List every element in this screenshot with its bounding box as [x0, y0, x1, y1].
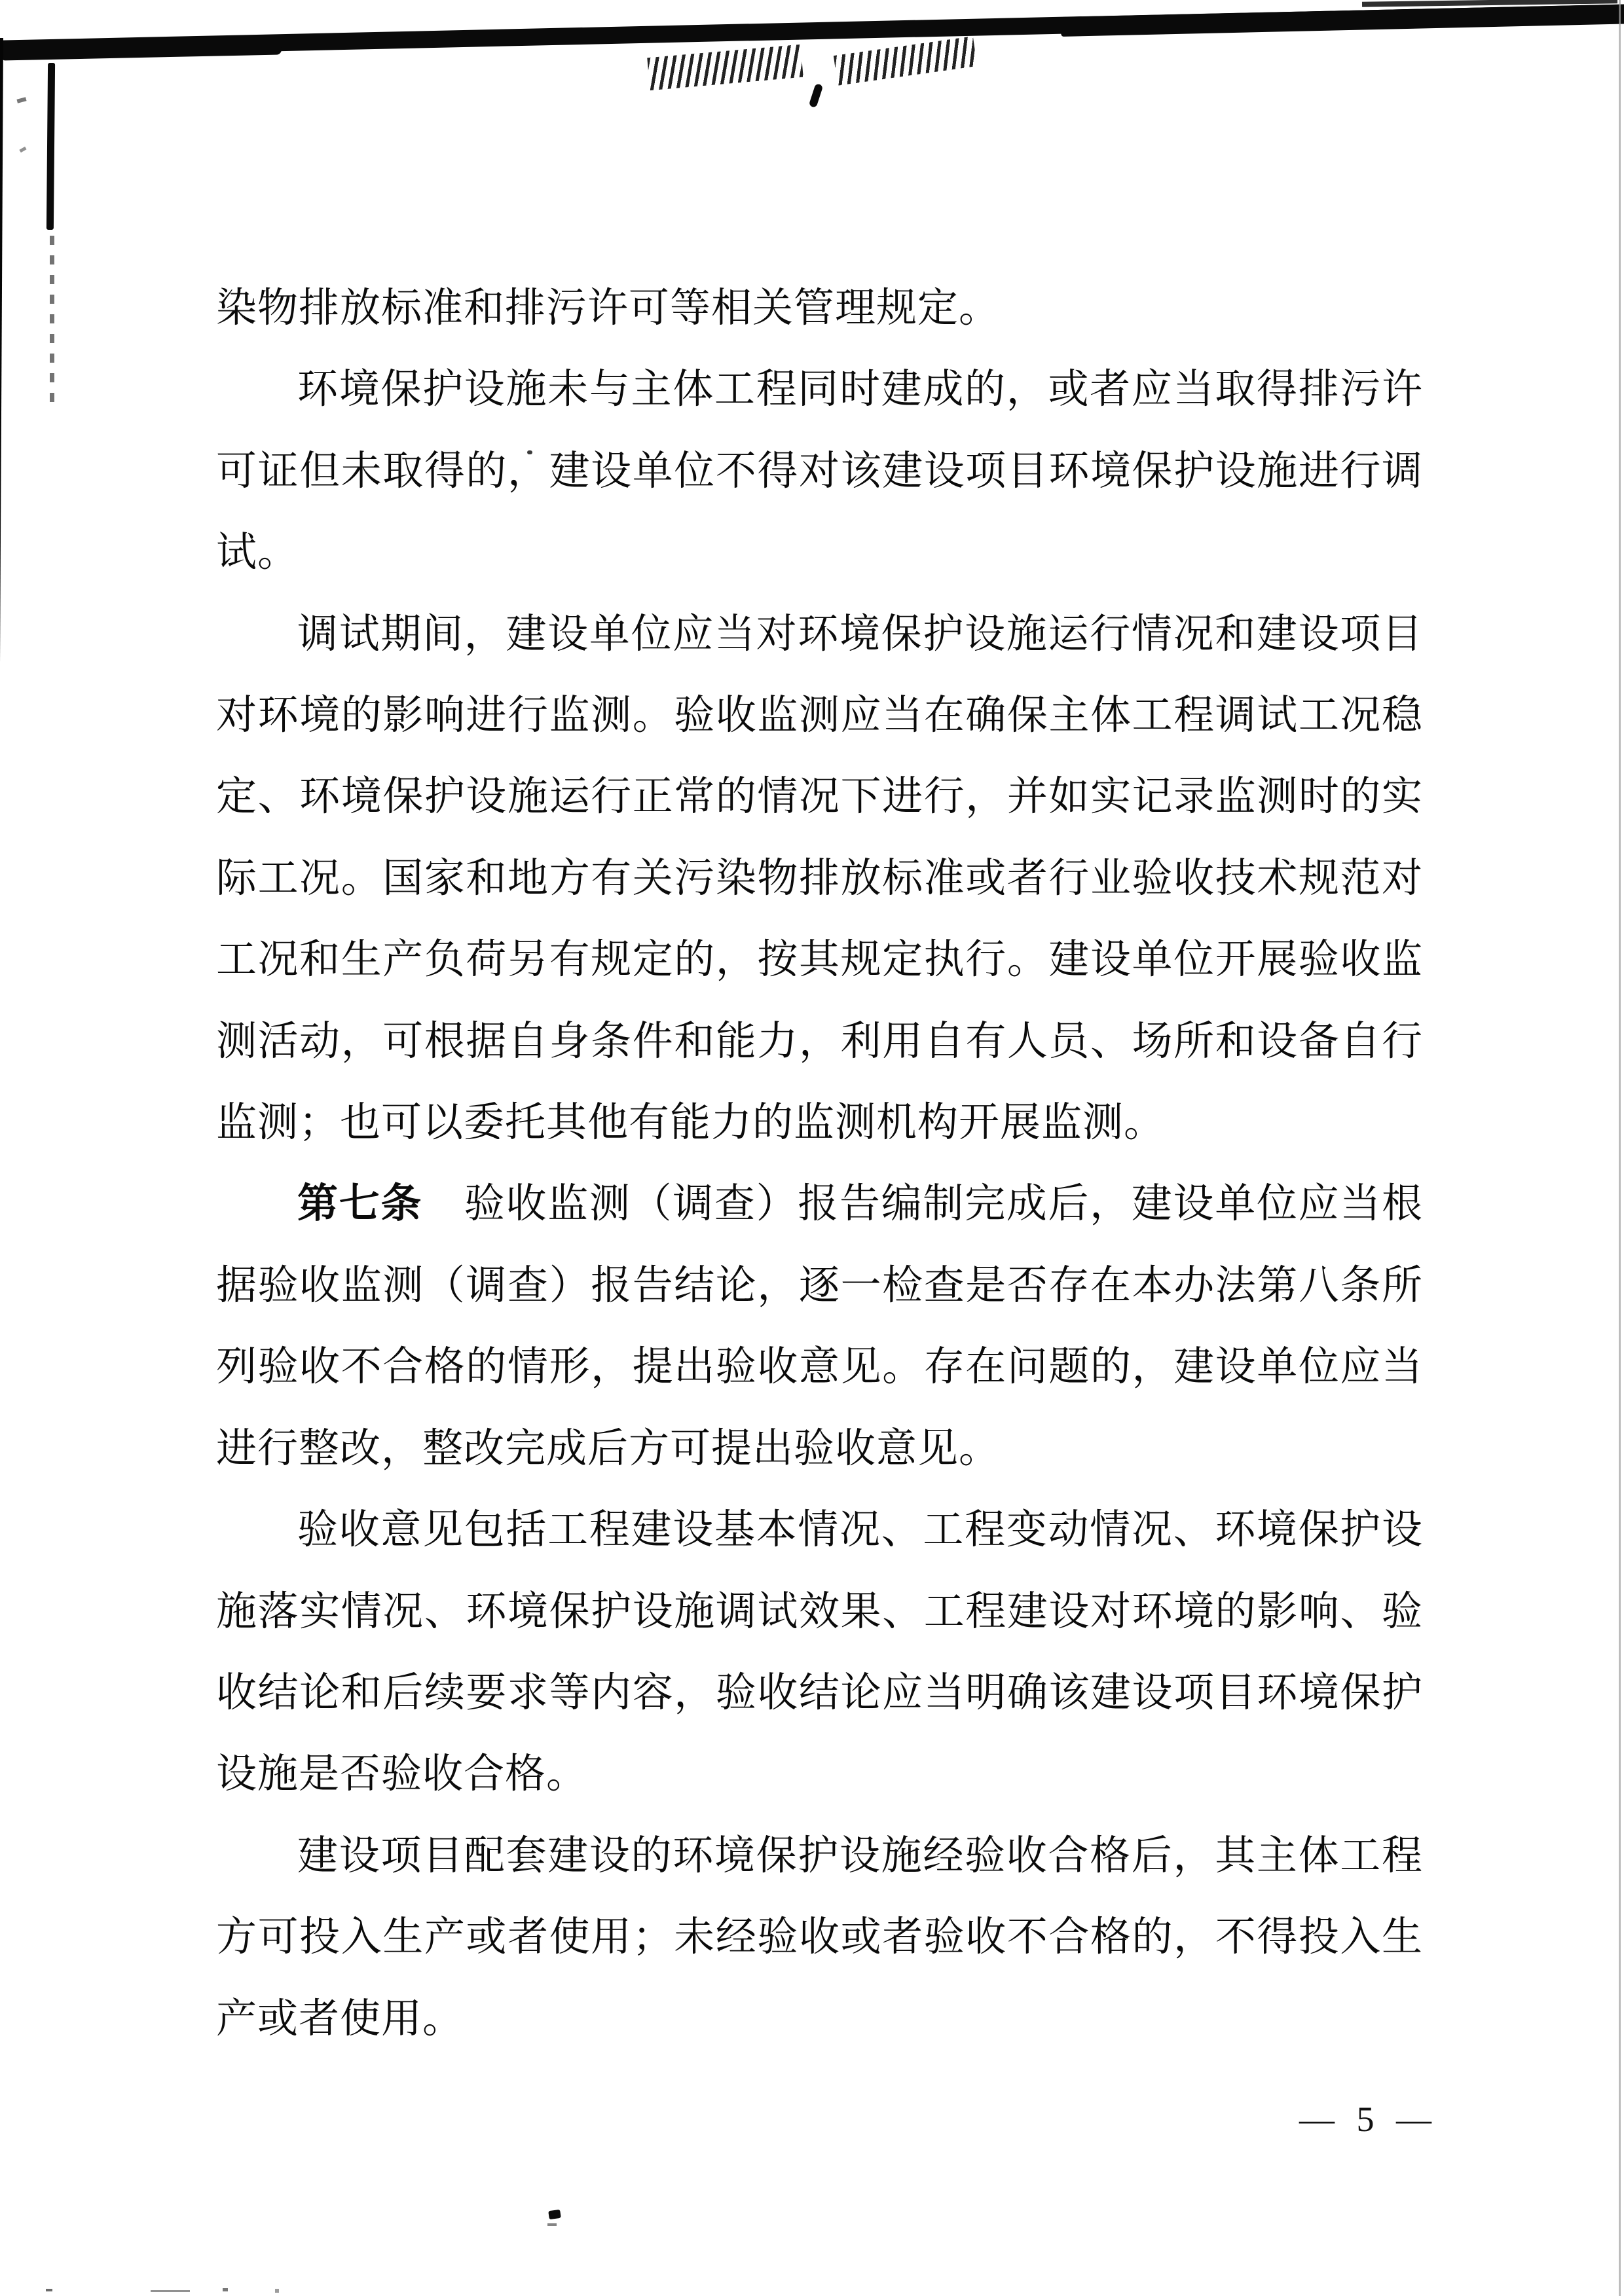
- text-line: 可证但未取得的，建设单位不得对该建设项目环境保护设施进行调: [216, 431, 1423, 512]
- text-line: 测活动，可根据自身条件和能力，利用自有人员、场所和设备自行: [216, 1001, 1423, 1082]
- text-line: 试。: [216, 512, 1423, 593]
- scan-artifact-left-streak: [46, 63, 55, 230]
- text-line: 建设项目配套建设的环境保护设施经验收合格后，其主体工程: [216, 1815, 1423, 1897]
- article-number-label: 第七条: [297, 1182, 422, 1226]
- text-line: 第七条 验收监测（调查）报告编制完成后，建设单位应当根: [216, 1163, 1423, 1245]
- text-line: 施落实情况、环境保护设施调试效果、工程建设对环境的影响、验: [216, 1571, 1423, 1652]
- text-line: 方可投入生产或者使用；未经验收或者验收不合格的，不得投入生: [216, 1897, 1423, 1978]
- text-line: 产或者使用。: [216, 1978, 1423, 2060]
- text-line: 验收意见包括工程建设基本情况、工程变动情况、环境保护设: [216, 1489, 1423, 1571]
- text-line: 染物排放标准和排污许可等相关管理规定。: [216, 268, 1423, 349]
- text-line: 环境保护设施未与主体工程同时建成的，或者应当取得排污许: [216, 349, 1423, 430]
- text-line: 调试期间，建设单位应当对环境保护设施运行情况和建设项目: [216, 594, 1423, 675]
- scan-artifact-right-edge-line: [1619, 0, 1621, 2296]
- scan-artifact-smudge: [548, 2210, 561, 2219]
- scan-artifact-mark: [19, 147, 26, 153]
- scan-artifact-top-band-blotch: [1061, 4, 1624, 37]
- scan-artifact-bottom-tick: [46, 2289, 52, 2291]
- scan-artifact-noise-cluster: [834, 36, 977, 85]
- scan-artifact-bottom-tick: [223, 2288, 228, 2291]
- text-line: 对环境的影响进行监测。验收监测应当在确保主体工程调试工况稳: [216, 675, 1423, 756]
- scan-artifact-mark: [16, 97, 26, 103]
- text-line: 收结论和后续要求等内容，验收结论应当明确该建设项目环境保护: [216, 1652, 1423, 1734]
- text-line: 设施是否验收合格。: [216, 1734, 1423, 1815]
- scan-artifact-left-edge-line: [0, 38, 3, 2296]
- scan-artifact-smudge: [547, 2223, 557, 2226]
- text-line: 监测；也可以委托其他有能力的监测机构开展监测。: [216, 1082, 1423, 1163]
- page-number: — 5 —: [1264, 2099, 1473, 2140]
- scan-artifact-bottom-tick: [151, 2290, 190, 2292]
- text-line: 据验收监测（调查）报告结论，逐一检查是否存在本办法第八条所: [216, 1245, 1423, 1326]
- document-body: 染物排放标准和排污许可等相关管理规定。 环境保护设施未与主体工程同时建成的，或者…: [216, 268, 1423, 2060]
- text-line: 工况和生产负荷另有规定的，按其规定执行。建设单位开展验收监: [216, 919, 1423, 1000]
- document-page: 染物排放标准和排污许可等相关管理规定。 环境保护设施未与主体工程同时建成的，或者…: [0, 0, 1624, 2296]
- scan-artifact-left-streak-tail: [50, 236, 54, 412]
- article-text: 验收监测（调查）报告编制完成后，建设单位应当根: [422, 1182, 1423, 1226]
- scan-artifact-bottom-tick: [275, 2289, 279, 2293]
- scan-artifact-noise-cluster: [647, 45, 803, 90]
- text-line: 列验收不合格的情形，提出验收意见。存在问题的，建设单位应当: [216, 1326, 1423, 1408]
- scan-artifact-mark: [809, 83, 824, 108]
- text-line: 定、环境保护设施运行正常的情况下进行，并如实记录监测时的实: [216, 756, 1423, 837]
- text-line: 际工况。国家和地方有关污染物排放标准或者行业验收技术规范对: [216, 838, 1423, 919]
- text-line: 进行整改，整改完成后方可提出验收意见。: [216, 1408, 1423, 1489]
